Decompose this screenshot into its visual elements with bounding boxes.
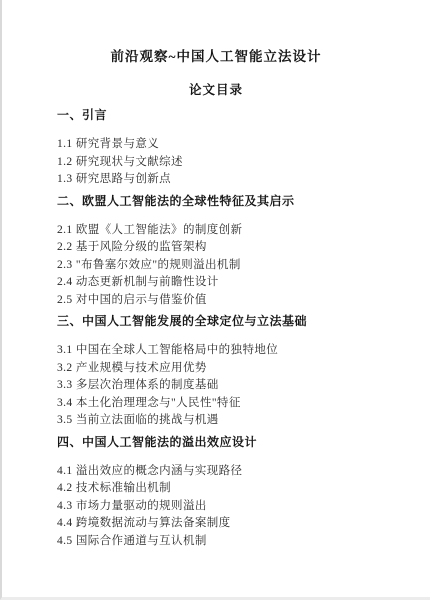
toc-item-list: 3.1 中国在全球人工智能格局中的独特地位 3.2 产业规模与技术应用优势 3.…	[57, 342, 400, 430]
toc-item-list: 2.1 欧盟《人工智能法》的制度创新 2.2 基于风险分级的监管架构 2.3 "…	[57, 222, 400, 310]
toc-item: 4.3 市场力量驱动的规则溢出	[57, 498, 400, 516]
toc-item: 4.1 溢出效应的概念内涵与实现路径	[57, 463, 400, 481]
toc-section-heading: 三、中国人工智能发展的全球定位与立法基础	[57, 314, 400, 329]
toc-section-heading: 一、引言	[57, 108, 400, 123]
toc-item: 3.4 本土化治理理念与"人民性"特征	[57, 395, 400, 413]
toc-section-heading: 二、欧盟人工智能法的全球性特征及其启示	[57, 194, 400, 209]
toc-item: 3.1 中国在全球人工智能格局中的独特地位	[57, 342, 400, 360]
toc-item: 1.1 研究背景与意义	[57, 136, 400, 154]
toc-item: 4.5 国际合作通道与互认机制	[57, 533, 400, 551]
toc-item: 2.4 动态更新机制与前瞻性设计	[57, 274, 400, 292]
toc-item: 1.3 研究思路与创新点	[57, 171, 400, 189]
toc-item: 3.3 多层次治理体系的制度基础	[57, 377, 400, 395]
toc-item: 3.2 产业规模与技术应用优势	[57, 360, 400, 378]
toc-item: 1.2 研究现状与文献综述	[57, 154, 400, 172]
toc-item-list: 4.1 溢出效应的概念内涵与实现路径 4.2 技术标准输出机制 4.3 市场力量…	[57, 463, 400, 551]
toc-section-1: 一、引言 1.1 研究背景与意义 1.2 研究现状与文献综述 1.3 研究思路与…	[57, 108, 400, 189]
toc-item-list: 1.1 研究背景与意义 1.2 研究现状与文献综述 1.3 研究思路与创新点	[57, 136, 400, 189]
toc-content: 一、引言 1.1 研究背景与意义 1.2 研究现状与文献综述 1.3 研究思路与…	[2, 108, 430, 550]
toc-item: 3.5 当前立法面临的挑战与机遇	[57, 412, 400, 430]
toc-section-2: 二、欧盟人工智能法的全球性特征及其启示 2.1 欧盟《人工智能法》的制度创新 2…	[57, 194, 400, 310]
toc-section-heading: 四、中国人工智能法的溢出效应设计	[57, 435, 400, 450]
document-page: 前沿观察~中国人工智能立法设计 论文目录 一、引言 1.1 研究背景与意义 1.…	[0, 0, 430, 600]
toc-title: 论文目录	[2, 82, 430, 98]
toc-item: 2.5 对中国的启示与借鉴价值	[57, 292, 400, 310]
toc-item: 4.4 跨境数据流动与算法备案制度	[57, 515, 400, 533]
toc-item: 4.2 技术标准输出机制	[57, 480, 400, 498]
toc-item: 2.2 基于风险分级的监管架构	[57, 239, 400, 257]
toc-section-3: 三、中国人工智能发展的全球定位与立法基础 3.1 中国在全球人工智能格局中的独特…	[57, 314, 400, 430]
document-title: 前沿观察~中国人工智能立法设计	[2, 48, 430, 66]
toc-section-4: 四、中国人工智能法的溢出效应设计 4.1 溢出效应的概念内涵与实现路径 4.2 …	[57, 435, 400, 551]
toc-item: 2.3 "布鲁塞尔效应"的规则溢出机制	[57, 257, 400, 275]
toc-item: 2.1 欧盟《人工智能法》的制度创新	[57, 222, 400, 240]
